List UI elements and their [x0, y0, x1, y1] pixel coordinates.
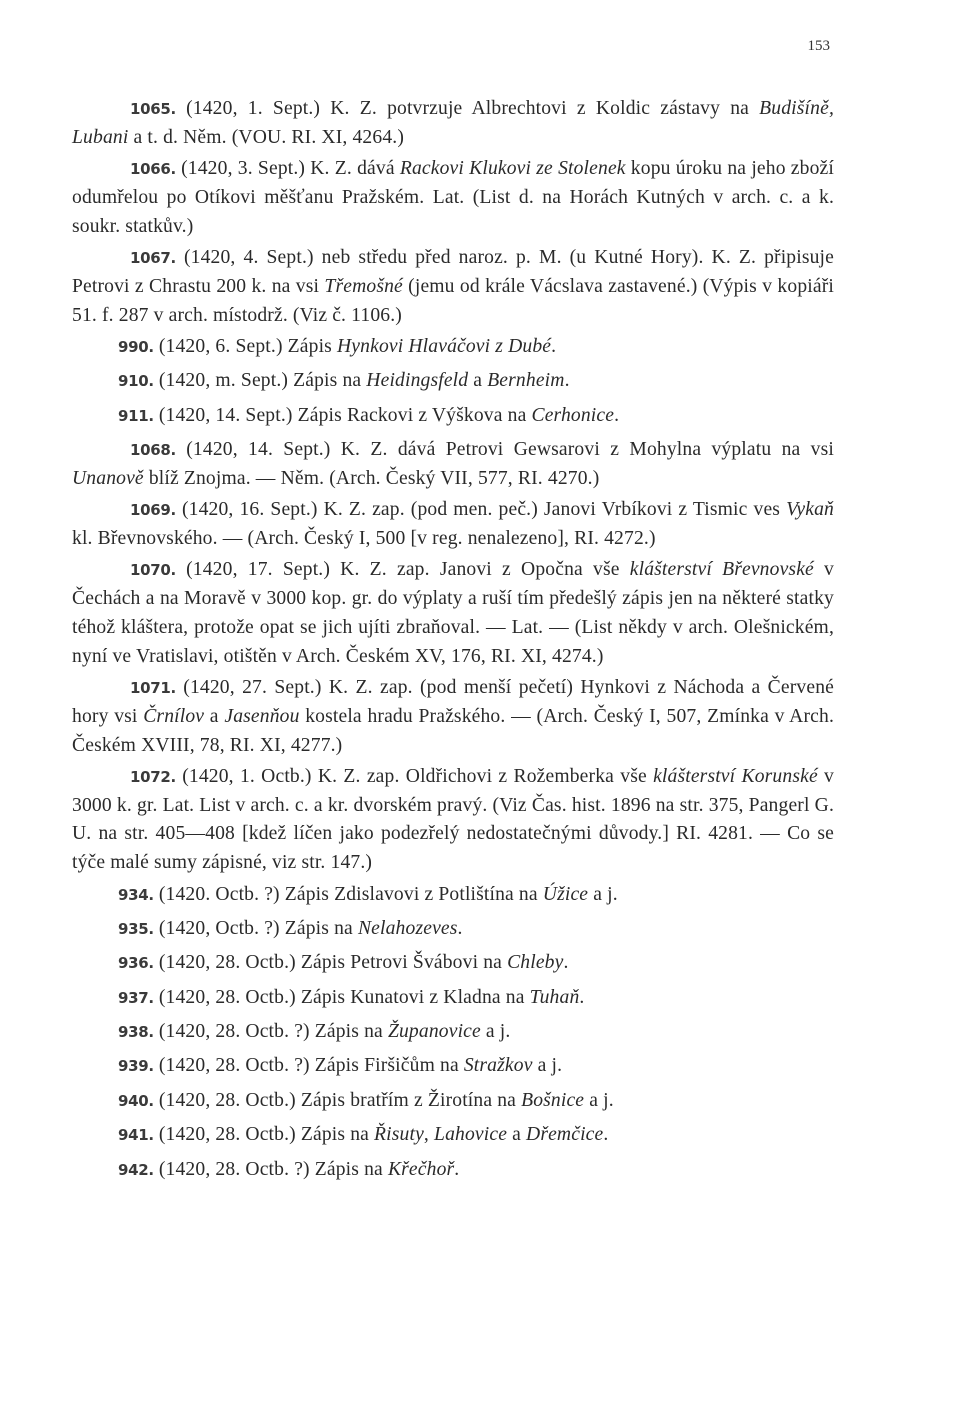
- document-entry: 1065. (1420, 1. Sept.) K. Z. potvrzuje A…: [72, 95, 834, 153]
- entry-number: 938.: [118, 1023, 154, 1041]
- document-entry: 938. (1420, 28. Octb. ?) Zápis na Župano…: [72, 1018, 834, 1047]
- entry-number: 1069.: [130, 501, 176, 519]
- entry-text: (1420, 14. Sept.) K. Z. dává Petrovi Gew…: [176, 439, 834, 460]
- entry-text: (1420, 28. Octb. ?) Zápis na: [154, 1021, 388, 1042]
- entry-italic-text: Chleby: [507, 952, 563, 973]
- entry-number: 1066.: [130, 160, 176, 178]
- entry-italic-text: Tuhaň: [530, 987, 580, 1008]
- entry-number: 1068.: [130, 441, 176, 459]
- entry-text: (1420, 17. Sept.) K. Z. zap. Janovi z Op…: [176, 559, 630, 580]
- entry-text: .: [579, 987, 584, 1008]
- document-entry: 940. (1420, 28. Octb.) Zápis bratřím z Ž…: [72, 1087, 834, 1116]
- entry-number: 1067.: [130, 249, 176, 267]
- entry-text: .: [565, 370, 570, 391]
- entry-number: 940.: [118, 1092, 154, 1110]
- entry-italic-text: Třemošné: [324, 276, 402, 297]
- entry-number: 936.: [118, 954, 154, 972]
- document-entry: 937. (1420, 28. Octb.) Zápis Kunatovi z …: [72, 984, 834, 1013]
- entry-italic-text: Nelahozeves: [358, 918, 458, 939]
- entry-number: 1072.: [130, 768, 176, 786]
- entry-italic-text: Unanově: [72, 468, 144, 489]
- document-entry: 934. (1420. Octb. ?) Zápis Zdislavovi z …: [72, 881, 834, 910]
- document-entry: 990. (1420, 6. Sept.) Zápis Hynkovi Hlav…: [72, 333, 834, 362]
- document-entry: 1070. (1420, 17. Sept.) K. Z. zap. Janov…: [72, 556, 834, 671]
- entry-number: 934.: [118, 886, 154, 904]
- document-entry: 1068. (1420, 14. Sept.) K. Z. dává Petro…: [72, 436, 834, 494]
- entry-italic-text: Heidingsfeld: [366, 370, 468, 391]
- entry-italic-text: klášterství Břevnovské: [630, 559, 814, 580]
- entry-text: (1420, 28. Octb. ?) Zápis na: [154, 1159, 388, 1180]
- entry-text: ,: [424, 1124, 434, 1145]
- entry-text: a: [468, 370, 487, 391]
- entry-text: a: [204, 706, 224, 727]
- entry-italic-text: Lahovice: [434, 1124, 507, 1145]
- entry-text: (1420, 1. Sept.) K. Z. potvrzuje Albrech…: [176, 98, 759, 119]
- entry-text: .: [563, 952, 568, 973]
- entry-italic-text: Rackovi Klukovi ze Stolenek: [400, 158, 626, 179]
- entry-italic-text: Řisuty: [374, 1124, 424, 1145]
- document-entry: 939. (1420, 28. Octb. ?) Zápis Firšičům …: [72, 1052, 834, 1081]
- entry-text: (1420. Octb. ?) Zápis Zdislavovi z Potli…: [154, 884, 543, 905]
- entry-text: .: [454, 1159, 459, 1180]
- entry-number: 1065.: [130, 100, 176, 118]
- entry-italic-text: Črnílov: [143, 706, 204, 727]
- document-entry: 942. (1420, 28. Octb. ?) Zápis na Křečho…: [72, 1156, 834, 1185]
- document-entry: 1066. (1420, 3. Sept.) K. Z. dává Rackov…: [72, 155, 834, 241]
- entry-italic-text: klášterství Korunské: [653, 766, 818, 787]
- entry-text: a j.: [481, 1021, 511, 1042]
- entry-text: a t. d. Něm. (VOU. RI. XI, 4264.): [128, 127, 404, 148]
- entry-number: 941.: [118, 1126, 154, 1144]
- entry-text: kl. Břevnovského. — (Arch. Český I, 500 …: [72, 528, 656, 549]
- document-body: 1065. (1420, 1. Sept.) K. Z. potvrzuje A…: [72, 95, 834, 1190]
- entry-text: (1420, 28. Octb.) Zápis Petrovi Švábovi …: [154, 952, 507, 973]
- entry-text: (1420, 28. Octb.) Zápis na: [154, 1124, 374, 1145]
- entry-text: .: [603, 1124, 608, 1145]
- entry-italic-text: Dřemčice: [526, 1124, 603, 1145]
- entry-text: .: [458, 918, 463, 939]
- entry-text: .: [614, 405, 619, 426]
- entry-italic-text: Stražkov: [464, 1055, 533, 1076]
- document-entry: 1067. (1420, 4. Sept.) neb středu před n…: [72, 244, 834, 330]
- entry-text: (1420, 14. Sept.) Zápis Rackovi z Výškov…: [154, 405, 532, 426]
- entry-number: 937.: [118, 989, 154, 1007]
- entry-number: 935.: [118, 920, 154, 938]
- document-entry: 935. (1420, Octb. ?) Zápis na Nelahozeve…: [72, 915, 834, 944]
- entry-text: (1420, Octb. ?) Zápis na: [154, 918, 358, 939]
- entry-number: 939.: [118, 1057, 154, 1075]
- entry-text: (1420, 28. Octb.) Zápis Kunatovi z Kladn…: [154, 987, 530, 1008]
- entry-italic-text: Jasenňou: [224, 706, 299, 727]
- entry-number: 911.: [118, 407, 154, 425]
- entry-number: 990.: [118, 338, 154, 356]
- entry-number: 1071.: [130, 679, 176, 697]
- entry-number: 1070.: [130, 561, 176, 579]
- entry-text: a j.: [588, 884, 618, 905]
- entry-text: (1420, 3. Sept.) K. Z. dává: [176, 158, 400, 179]
- document-entry: 910. (1420, m. Sept.) Zápis na Heidingsf…: [72, 367, 834, 396]
- document-entry: 941. (1420, 28. Octb.) Zápis na Řisuty, …: [72, 1121, 834, 1150]
- document-entry: 1069. (1420, 16. Sept.) K. Z. zap. (pod …: [72, 496, 834, 554]
- entry-italic-text: Křečhoř: [388, 1159, 454, 1180]
- entry-text: (1420, m. Sept.) Zápis na: [154, 370, 366, 391]
- entry-text: a j.: [584, 1090, 614, 1111]
- entry-italic-text: Hynkovi Hlaváčovi z Dubé: [337, 336, 551, 357]
- entry-italic-text: Vykaň: [786, 499, 834, 520]
- entry-italic-text: Bernheim: [487, 370, 564, 391]
- entry-italic-text: Županovice: [388, 1021, 481, 1042]
- entry-italic-text: Úžice: [543, 884, 588, 905]
- entry-text: a j.: [533, 1055, 563, 1076]
- entry-text: blíž Znojma. — Něm. (Arch. Český VII, 57…: [144, 468, 600, 489]
- document-entry: 1071. (1420, 27. Sept.) K. Z. zap. (pod …: [72, 674, 834, 760]
- entry-number: 910.: [118, 372, 154, 390]
- document-entry: 1072. (1420, 1. Octb.) K. Z. zap. Oldřic…: [72, 763, 834, 878]
- entry-text: (1420, 28. Octb. ?) Zápis Firšičům na: [154, 1055, 464, 1076]
- entry-text: (1420, 1. Octb.) K. Z. zap. Oldřichovi z…: [176, 766, 653, 787]
- entry-italic-text: Bošnice: [521, 1090, 584, 1111]
- entry-text: (1420, 28. Octb.) Zápis bratřím z Žirotí…: [154, 1090, 521, 1111]
- entry-text: .: [551, 336, 556, 357]
- entry-text: (1420, 16. Sept.) K. Z. zap. (pod men. p…: [176, 499, 786, 520]
- document-entry: 911. (1420, 14. Sept.) Zápis Rackovi z V…: [72, 402, 834, 431]
- entry-text: (1420, 6. Sept.) Zápis: [154, 336, 337, 357]
- entry-number: 942.: [118, 1161, 154, 1179]
- entry-text: a: [507, 1124, 526, 1145]
- page-number: 153: [808, 38, 831, 55]
- entry-italic-text: Cerhonice: [531, 405, 614, 426]
- document-entry: 936. (1420, 28. Octb.) Zápis Petrovi Švá…: [72, 949, 834, 978]
